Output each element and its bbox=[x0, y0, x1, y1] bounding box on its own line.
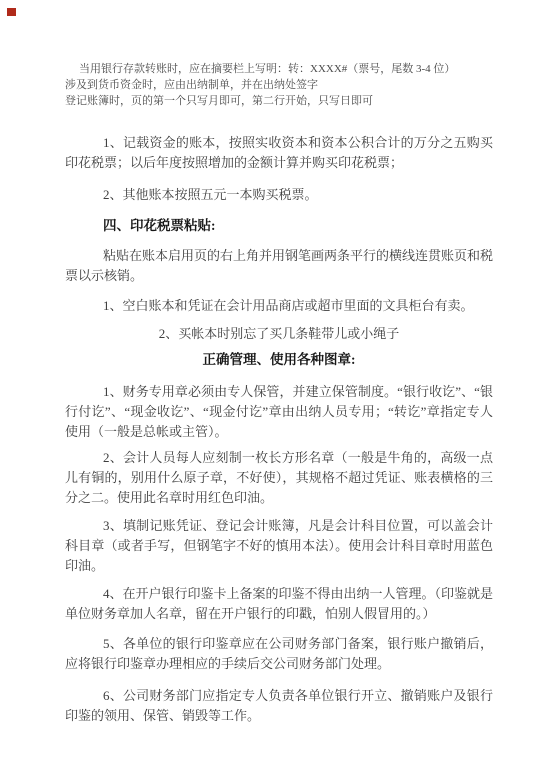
stamp-paste-instructions: 粘贴在账本启用页的右上角并用钢笔画两条平行的横线连贯账页和税票以示核销。 bbox=[65, 246, 493, 286]
section-heading-stamp-paste: 四、印花税票粘贴: bbox=[65, 216, 493, 236]
meta-line-cashier-voucher: 涉及到货币资金时，应由出纳制单，并在出纳处签字 bbox=[65, 77, 493, 93]
stamp-tax-item-2: 2、其他账本按照五元一本购买税票。 bbox=[65, 185, 493, 205]
document-content: 当用银行存款转账时，应在摘要栏上写明：转：XXXX#（票号，尾数 3-4 位） … bbox=[65, 61, 493, 726]
meta-line-bank-transfer: 当用银行存款转账时，应在摘要栏上写明：转：XXXX#（票号，尾数 3-4 位） bbox=[65, 61, 493, 77]
seal-rule-3: 3、填制记账凭证、登记会计账簿，凡是会计科目位置，可以盖会计科目章（或者手写，但… bbox=[65, 516, 493, 576]
heading-seal-management: 正确管理、使用各种图章: bbox=[65, 350, 493, 370]
meta-line-ledger-date: 登记账簿时，页的第一个只写月即可，第二行开始，只写日即可 bbox=[65, 93, 493, 109]
red-corner-mark bbox=[7, 8, 16, 16]
note-shoelaces: 2、买帐本时别忘了买几条鞋带儿或小绳子 bbox=[65, 324, 493, 344]
seal-rule-1: 1、财务专用章必须由专人保管，并建立保管制度。“银行收讫”、“银行付讫”、“现金… bbox=[65, 382, 493, 442]
note-blank-books: 1、空白账本和凭证在会计用品商店或超市里面的文具柜台有卖。 bbox=[65, 296, 493, 316]
seal-rule-6: 6、公司财务部门应指定专人负责各单位银行开立、撤销账户及银行印鉴的领用、保管、销… bbox=[65, 686, 493, 726]
seal-rule-4: 4、在开户银行印鉴卡上备案的印鉴不得由出纳一人管理。（印鉴就是单位财务章加人名章… bbox=[65, 584, 493, 624]
document-page: 当用银行存款转账时，应在摘要栏上写明：转：XXXX#（票号，尾数 3-4 位） … bbox=[0, 0, 549, 778]
seal-rule-5: 5、各单位的银行印鉴章应在公司财务部门备案，银行账户撤销后，应将银行印鉴章办理相… bbox=[65, 634, 493, 674]
stamp-tax-item-1: 1、记载资金的账本，按照实收资本和资本公积合计的万分之五购买印花税票；以后年度按… bbox=[65, 133, 493, 173]
seal-rule-2: 2、会计人员每人应刻制一枚长方形名章（一般是牛角的，高级一点儿有铜的，别用什么原… bbox=[65, 448, 493, 508]
